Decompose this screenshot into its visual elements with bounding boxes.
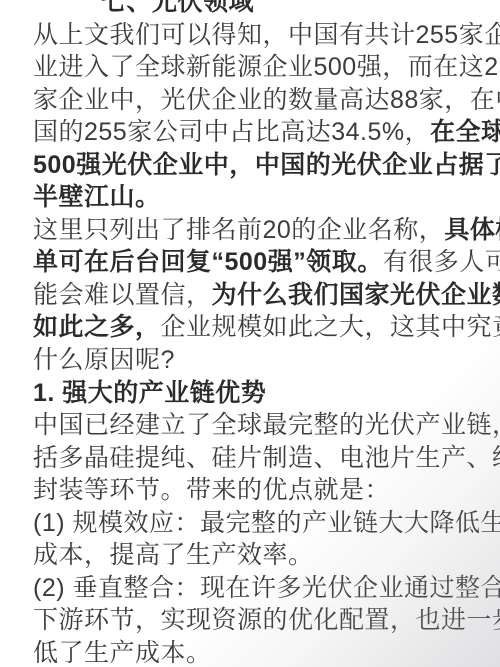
text-run: 括多晶硅提纯、硅片制造、电池片生产、组件 xyxy=(33,444,500,472)
text-run: 企业规模如此之大，这其中究竟有 xyxy=(161,313,500,341)
text-line: 单可在后台回复“500强”领取。有很多人可 xyxy=(33,246,467,279)
text-run: 这里只列出了排名前20的企业名称， xyxy=(33,216,444,244)
text-run: 能会难以置信， xyxy=(33,281,212,309)
bold-text-run: 单可在后台回复“500强”领取。 xyxy=(33,248,383,276)
article-body: 七、光伏领域 从上文我们可以得知，中国有共计255家企业进入了全球新能源企业50… xyxy=(0,0,500,667)
text-run: 低了生产成本。 xyxy=(33,639,212,667)
text-run: 下游环节，实现资源的优化配置，也进一步降 xyxy=(33,606,500,634)
text-line: 括多晶硅提纯、硅片制造、电池片生产、组件 xyxy=(33,442,467,475)
text-line: (1) 规模效应：最完整的产业链大大降低生产 xyxy=(33,507,467,540)
text-run: 从上文我们可以得知，中国有共计255家企 xyxy=(33,21,500,49)
bold-text-run: 在全球 xyxy=(430,118,500,146)
text-line: (2) 垂直整合：现在许多光伏企业通过整合上 xyxy=(33,572,467,605)
text-run: 国的255家公司中占比高达34.5%， xyxy=(33,118,430,146)
text-run: 家企业中，光伏企业的数量高达88家，在中 xyxy=(33,86,500,114)
text-run: 成本，提高了生产效率。 xyxy=(33,541,314,569)
text-run: 什么原因呢? xyxy=(33,346,175,374)
text-line: 1. 强大的产业链优势 xyxy=(33,377,467,410)
text-line: 半壁江山。 xyxy=(33,181,467,214)
text-run: 业进入了全球新能源企业500强，而在这255 xyxy=(33,53,500,81)
text-line: 业进入了全球新能源企业500强，而在这255 xyxy=(33,51,467,84)
text-run: (1) 规模效应：最完整的产业链大大降低生产 xyxy=(33,509,500,537)
bold-text-run: 半壁江山。 xyxy=(33,183,161,211)
bold-text-run: 1. 强大的产业链优势 xyxy=(33,379,266,407)
text-line: 封装等环节。带来的优点就是： xyxy=(33,474,467,507)
text-line: 如此之多，企业规模如此之大，这其中究竟有 xyxy=(33,311,467,344)
text-line: 中国已经建立了全球最完整的光伏产业链，包 xyxy=(33,409,467,442)
text-run: 有很多人可 xyxy=(383,248,500,276)
text-line: 家企业中，光伏企业的数量高达88家，在中 xyxy=(33,84,467,117)
bold-text-run: 具体榜 xyxy=(444,216,500,244)
text-run: 封装等环节。带来的优点就是： xyxy=(33,476,390,504)
text-line: 国的255家公司中占比高达34.5%，在全球 xyxy=(33,116,467,149)
text-line: 低了生产成本。 xyxy=(33,637,467,667)
bold-text-run: 为什么我们国家光伏企业数量 xyxy=(212,281,500,309)
article-lines: 从上文我们可以得知，中国有共计255家企业进入了全球新能源企业500强，而在这2… xyxy=(33,19,467,667)
text-run: (2) 垂直整合：现在许多光伏企业通过整合上 xyxy=(33,574,500,602)
text-line: 从上文我们可以得知，中国有共计255家企 xyxy=(33,19,467,52)
text-line: 下游环节，实现资源的优化配置，也进一步降 xyxy=(33,604,467,637)
text-line: 能会难以置信，为什么我们国家光伏企业数量 xyxy=(33,279,467,312)
text-run: 中国已经建立了全球最完整的光伏产业链，包 xyxy=(33,411,500,439)
text-line: 成本，提高了生产效率。 xyxy=(33,539,467,572)
text-line: 这里只列出了排名前20的企业名称，具体榜 xyxy=(33,214,467,247)
text-line: 什么原因呢? xyxy=(33,344,467,377)
bold-text-run: 如此之多， xyxy=(33,313,161,341)
bold-text-run: 500强光伏企业中，中国的光伏企业占据了 xyxy=(33,151,500,179)
text-line: 500强光伏企业中，中国的光伏企业占据了 xyxy=(33,149,467,182)
section-heading-clipped: 七、光伏领域 xyxy=(33,0,467,19)
